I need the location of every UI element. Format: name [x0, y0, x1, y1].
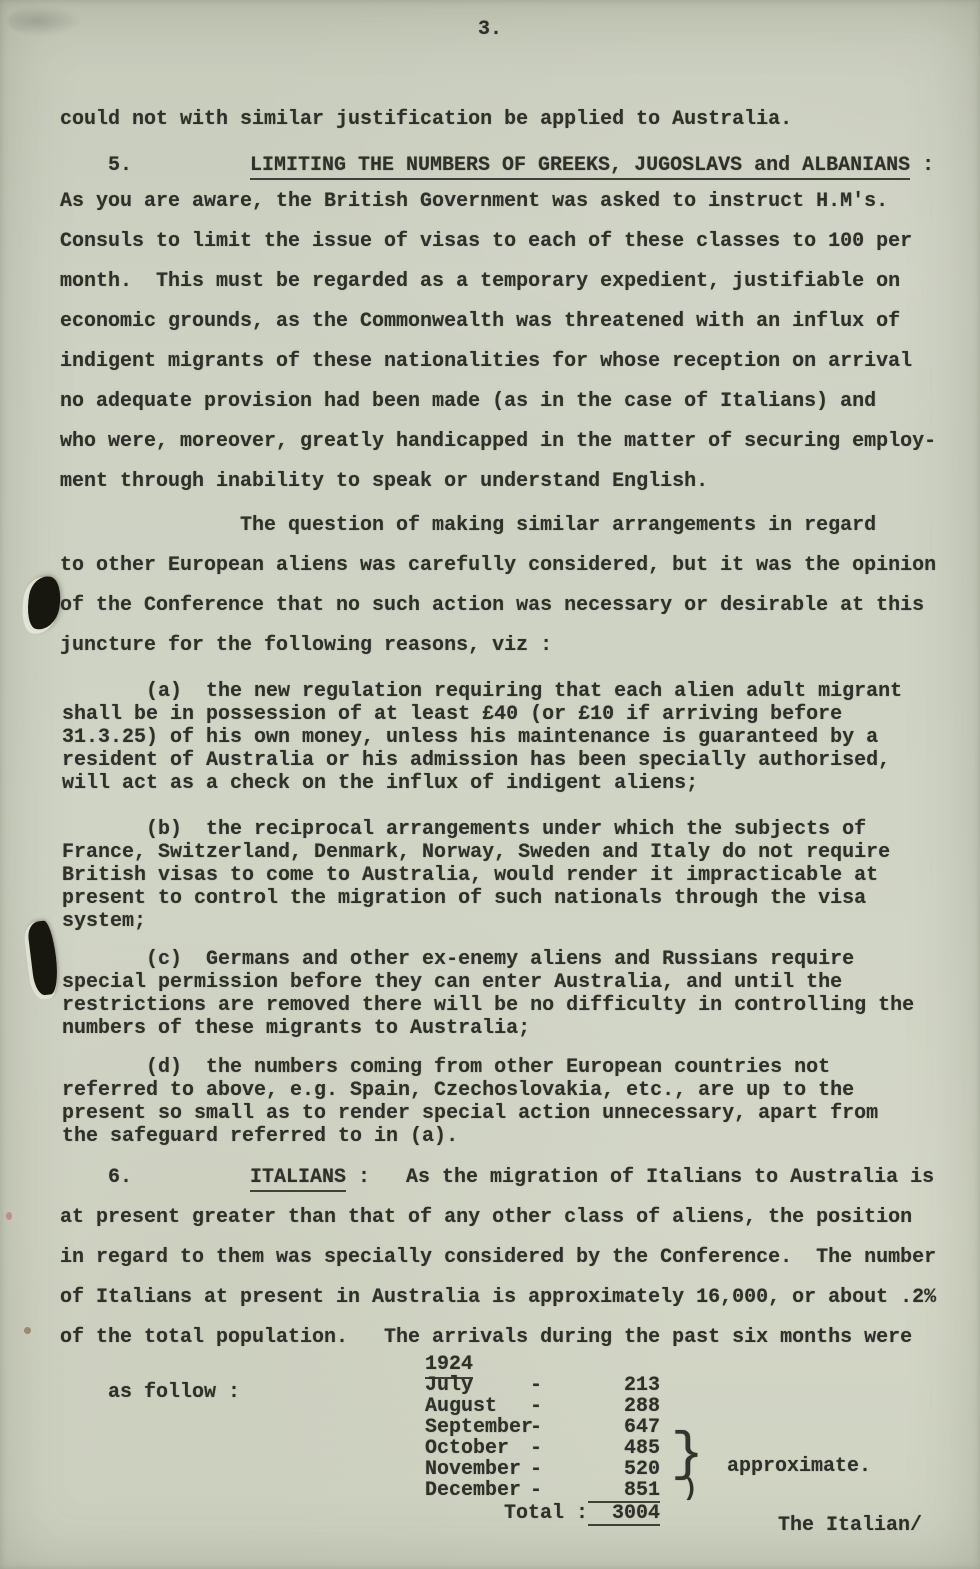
follow-label-text: as follow : — [108, 1381, 240, 1404]
total-value: 3004 — [588, 1503, 660, 1526]
section-6-heading: ITALIANS — [250, 1166, 346, 1192]
arrivals-month: July — [425, 1375, 530, 1396]
paper-speck — [24, 1327, 31, 1334]
text-line: present to control the migration of such… — [62, 887, 890, 910]
text-line: (d) the numbers coming from other Europe… — [62, 1056, 878, 1079]
section-5-heading-colon: : — [910, 154, 934, 177]
text-line: Consuls to limit the issue of visas to e… — [60, 222, 936, 262]
text-line: no adequate provision had been made (as … — [60, 382, 936, 422]
arrivals-month: August — [425, 1396, 530, 1417]
arrivals-row: July-213 — [425, 1375, 965, 1396]
section-6-heading-text: : As the migration of Italians to Austra… — [346, 1166, 934, 1189]
arrivals-dash: - — [530, 1459, 588, 1480]
arrivals-value: 288 — [588, 1396, 660, 1417]
text-line: As you are aware, the British Government… — [60, 182, 936, 222]
arrivals-dash: - — [530, 1480, 588, 1503]
paper-speck — [6, 1212, 12, 1220]
text-line: of Italians at present in Australia is a… — [60, 1278, 936, 1318]
text-line: will act as a check on the influx of ind… — [62, 772, 902, 795]
text-line: shall be in possession of at least £40 (… — [62, 703, 902, 726]
section-6-heading-line: 6.ITALIANS : As the migration of Italian… — [60, 1158, 934, 1198]
arrivals-month: November — [425, 1459, 530, 1480]
text-line: of the total population. The arrivals du… — [60, 1318, 936, 1358]
text-line: (a) the new regulation requiring that ea… — [62, 680, 902, 703]
paper-hole-mark — [24, 574, 65, 633]
arrivals-dash: - — [530, 1375, 588, 1396]
text-line: of the Conference that no such action wa… — [60, 586, 936, 626]
arrivals-value: 647 — [588, 1417, 660, 1438]
arrivals-dash: - — [530, 1396, 588, 1417]
section-5-heading: LIMITING THE NUMBERS OF GREEKS, JUGOSLAV… — [250, 154, 910, 180]
list-item-b: (b) the reciprocal arrangements under wh… — [62, 818, 890, 933]
text-line: system; — [62, 910, 890, 933]
text-line: present so small as to render special ac… — [62, 1102, 878, 1125]
section-5-body: As you are aware, the British Government… — [60, 182, 936, 502]
document-page: 3. could not with similar justification … — [0, 0, 980, 1569]
list-item-c: (c) Germans and other ex-enemy aliens an… — [62, 948, 914, 1040]
arrivals-dash: - — [530, 1417, 588, 1438]
approximate-note: approximate. — [727, 1455, 871, 1478]
arrivals-value: 485 — [588, 1438, 660, 1459]
arrivals-table: 1924 July-213August-288September-647Octo… — [425, 1354, 965, 1526]
text-line: referred to above, e.g. Spain, Czechoslo… — [62, 1079, 878, 1102]
arrivals-value: 213 — [588, 1375, 660, 1396]
paper-hole-mark — [27, 920, 61, 996]
arrivals-month: December — [425, 1480, 530, 1503]
section-5-paragraph: The question of making similar arrangeme… — [60, 506, 936, 666]
list-item-d: (d) the numbers coming from other Europe… — [62, 1056, 878, 1148]
section-6-number: 6. — [108, 1158, 250, 1198]
paragraph-intro: could not with similar justification be … — [60, 100, 792, 140]
list-item-a: (a) the new regulation requiring that ea… — [62, 680, 902, 795]
arrivals-value: 520 — [588, 1459, 660, 1480]
arrivals-value: 851 — [588, 1480, 660, 1503]
section-6-body: at present greater than that of any othe… — [60, 1198, 936, 1358]
arrivals-dash: - — [530, 1438, 588, 1459]
arrivals-month: September — [425, 1417, 530, 1438]
text-line: could not with similar justification be … — [60, 100, 792, 140]
text-line: to other European aliens was carefully c… — [60, 546, 936, 586]
text-line: (c) Germans and other ex-enemy aliens an… — [62, 948, 914, 971]
text-line: juncture for the following reasons, viz … — [60, 626, 936, 666]
arrivals-month: October — [425, 1438, 530, 1459]
text-line: The question of making similar arrangeme… — [60, 506, 936, 546]
text-line: indigent migrants of these nationalities… — [60, 342, 936, 382]
text-line: economic grounds, as the Commonwealth wa… — [60, 302, 936, 342]
text-line: ment through inability to speak or under… — [60, 462, 936, 502]
paren-mark: ) — [683, 1478, 697, 1502]
section-5-number: 5. — [108, 146, 250, 186]
text-line: France, Switzerland, Denmark, Norway, Sw… — [62, 841, 890, 864]
brace-mark: } — [671, 1430, 703, 1482]
text-line: British visas to come to Australia, woul… — [62, 864, 890, 887]
text-line: 31.3.25) of his own money, unless his ma… — [62, 726, 902, 749]
section-5-heading-line: 5.LIMITING THE NUMBERS OF GREEKS, JUGOSL… — [60, 146, 934, 186]
text-line: restrictions are removed there will be n… — [62, 994, 914, 1017]
page-number: 3. — [0, 16, 980, 44]
text-line: who were, moreover, greatly handicapped … — [60, 422, 936, 462]
arrivals-year-row: 1924 — [425, 1354, 965, 1375]
text-line: resident of Australia or his admission h… — [62, 749, 902, 772]
total-label: Total : — [425, 1503, 588, 1526]
text-line: numbers of these migrants to Australia; — [62, 1017, 914, 1040]
arrivals-follow-label: as follow : — [60, 1358, 240, 1427]
text-line: at present greater than that of any othe… — [60, 1198, 936, 1238]
text-line: month. This must be regarded as a tempor… — [60, 262, 936, 302]
text-line: in regard to them was specially consider… — [60, 1238, 936, 1278]
text-line: special permission before they can enter… — [62, 971, 914, 994]
arrivals-row: August-288 — [425, 1396, 965, 1417]
catchword: The Italian/ — [778, 1514, 922, 1537]
text-line: (b) the reciprocal arrangements under wh… — [62, 818, 890, 841]
text-line: the safeguard referred to in (a). — [62, 1125, 878, 1148]
